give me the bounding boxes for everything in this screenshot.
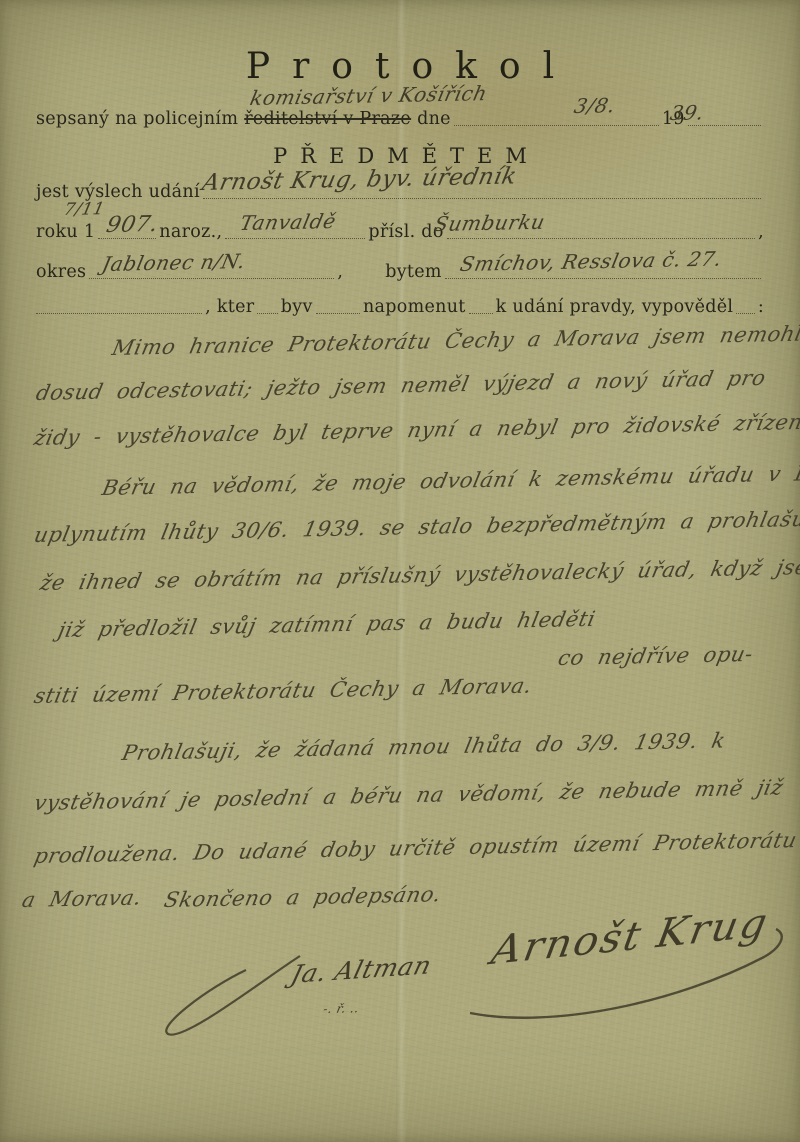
bytem-label: bytem bbox=[385, 262, 442, 283]
handwritten-year: 39. bbox=[668, 100, 707, 125]
form-line-napomenut: , kter byv napomenut k udání pravdy, vyp… bbox=[36, 297, 764, 318]
colon-label: : bbox=[758, 297, 764, 318]
declarant-signature-flourish bbox=[462, 915, 798, 1025]
okres-comma: , bbox=[337, 262, 343, 283]
handwritten-date: 3/8. bbox=[572, 93, 618, 118]
statement-line: stiti území Protektorátu Čechy a Morava. bbox=[32, 674, 534, 708]
kter-dotted-gap bbox=[257, 301, 277, 314]
handwritten-district: Jablonec n/N. bbox=[100, 249, 248, 276]
pravda-dotted-gap bbox=[736, 301, 754, 314]
header-intro-label: sepsaný na policejním bbox=[36, 109, 238, 130]
statement-line: co nejdříve opu- bbox=[556, 642, 755, 670]
kter-leading-dotted-line bbox=[36, 301, 202, 314]
handwritten-birthday-superscript: 7/11 bbox=[62, 199, 107, 220]
byv-label: byv bbox=[281, 297, 313, 318]
document-title: Protokol bbox=[0, 46, 800, 87]
statement-line: Prohlašuji, že žádaná mnou lhůta do 3/9.… bbox=[120, 728, 728, 765]
handwritten-birthplace: Tanvaldě bbox=[238, 209, 338, 235]
statement-line: Mimo hranice Protektorátu Čechy a Morava… bbox=[110, 322, 800, 360]
naroz-label: naroz., bbox=[159, 222, 222, 243]
handwritten-office-correction: komisařství v Košířích bbox=[248, 81, 490, 110]
handwritten-domicile: Šumburku bbox=[432, 210, 547, 236]
struck-office-text: ředitelství v Praze bbox=[244, 109, 411, 130]
dne-label: dne bbox=[417, 109, 451, 130]
napomenut-label: napomenut bbox=[363, 297, 466, 318]
byv-dotted-gap bbox=[316, 301, 360, 314]
statement-line: že ihned se obrátím na příslušný vystěho… bbox=[38, 555, 800, 595]
handwritten-birth-year: 907. bbox=[104, 212, 160, 238]
kter-label: , kter bbox=[205, 297, 254, 318]
official-signature: Ja. Altman bbox=[288, 951, 435, 989]
statement-line: již předložil svůj zatímní pas a budu hl… bbox=[56, 607, 598, 642]
pravda-label: k udání pravdy, vypověděl bbox=[496, 297, 734, 318]
protocol-document-page: Protokol komisařství v Košířích sepsaný … bbox=[0, 0, 800, 1142]
roku-label: roku 1 bbox=[36, 222, 95, 243]
date-dotted-line bbox=[454, 113, 659, 126]
official-signature-flourish bbox=[150, 950, 310, 1040]
statement-line: prodloužena. Do udané doby určitě opustí… bbox=[32, 826, 800, 868]
statement-line: Béřu na vědomí, že moje odvolání k zemsk… bbox=[100, 460, 800, 500]
official-signature-mark: -. ř. .. bbox=[322, 1001, 360, 1016]
header-line: sepsaný na policejním ředitelství v Praz… bbox=[36, 109, 764, 130]
statement-line: uplynutím lhůty 30/6. 1939. se stalo bez… bbox=[32, 506, 800, 547]
statement-closing-place: a Morava. bbox=[20, 886, 144, 912]
udani-label: jest výslech udání bbox=[36, 182, 200, 203]
okres-label: okres bbox=[36, 262, 86, 283]
statement-line: židy - vystěhovalce byl teprve nyní a ne… bbox=[32, 410, 800, 450]
roku-line-comma: , bbox=[758, 222, 764, 243]
statement-line: vystěhování je poslední a béřu na vědomí… bbox=[32, 775, 786, 815]
subject-heading: PŘEDMĚTEM bbox=[0, 144, 800, 168]
napomenut-dotted-gap bbox=[469, 301, 493, 314]
